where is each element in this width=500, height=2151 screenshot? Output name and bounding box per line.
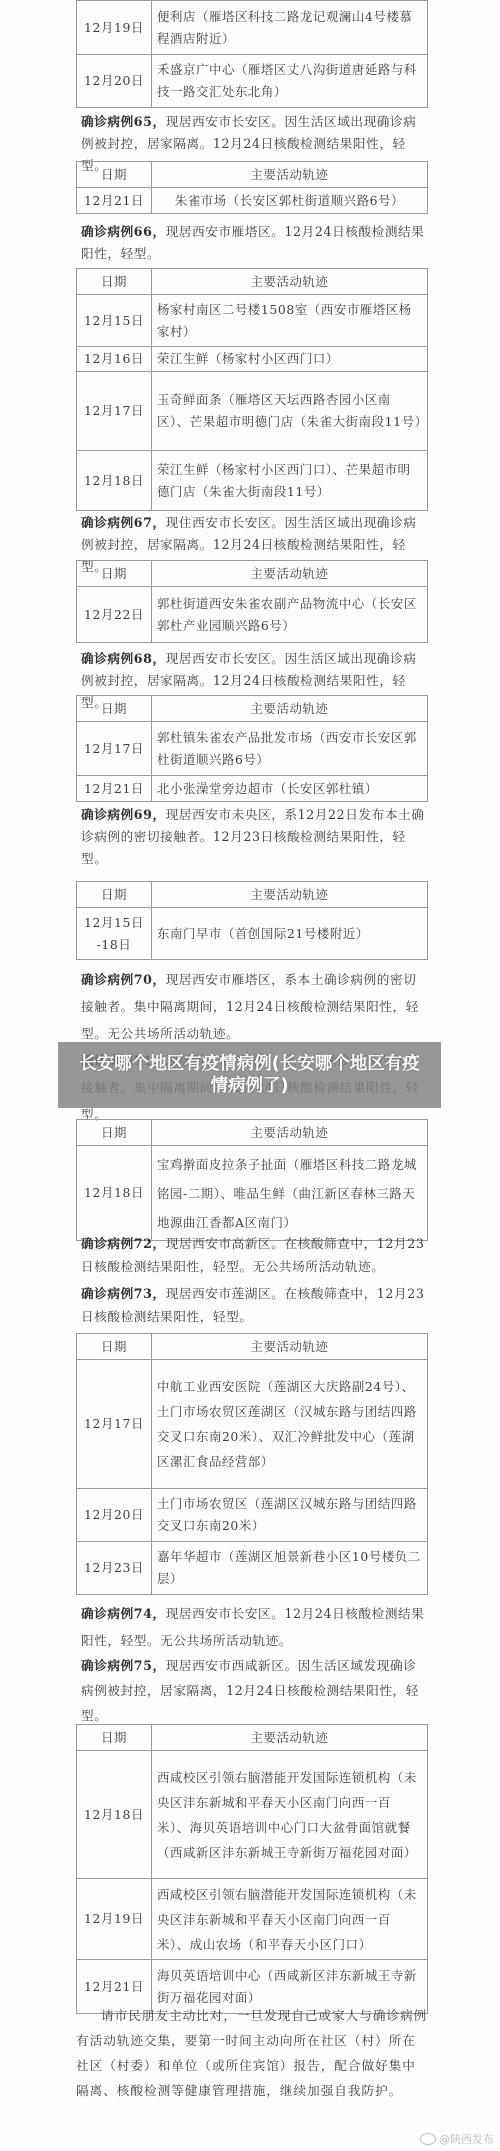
case-label: 确诊病例74，	[81, 1606, 166, 1621]
row-date: 12月17日	[77, 722, 152, 776]
activity-table-case-73: 日期 主要活动轨迹 12月17日 中航工业西安医院（莲湖区大庆路副24号）、土门…	[76, 1333, 428, 1595]
row-date: 12月18日	[77, 1751, 152, 1879]
table-row: 12月15日 -18日 东南门早市（首创国际21号楼附近）	[77, 908, 428, 960]
row-date: 12月22日	[77, 587, 152, 643]
row-activity: 北小张澡堂旁边超市（长安区郭杜镇）	[152, 776, 428, 802]
header-activity: 主要活动轨迹	[152, 696, 428, 722]
table-row: 12月16日 荣江生鲜（杨家村小区西门口）	[77, 347, 428, 372]
header-activity: 主要活动轨迹	[152, 1334, 428, 1360]
header-date: 日期	[77, 1725, 152, 1751]
activity-table-case-67: 日期 主要活动轨迹 12月22日 郭杜街道西安朱雀农副产品物流中心（长安区郭杜产…	[76, 560, 428, 643]
header-date: 日期	[77, 561, 152, 587]
weibo-icon	[420, 2133, 436, 2145]
row-activity: 朱雀市场（长安区郭杜街道顺兴路6号）	[152, 188, 428, 214]
case-label: 确诊病例70，	[81, 972, 166, 987]
header-activity: 主要活动轨迹	[152, 882, 428, 908]
table-row: 12月21日 朱雀市场（长安区郭杜街道顺兴路6号）	[77, 188, 428, 214]
case-74-description: 确诊病例74，现居西安市长安区。12月24日核酸检测结果阳性，轻型。无公共场所活…	[81, 1600, 426, 1654]
activity-table-case-65: 日期 主要活动轨迹 12月21日 朱雀市场（长安区郭杜街道顺兴路6号）	[76, 161, 428, 214]
case-69-description: 确诊病例69，现居西安市未央区，系12月22日发布本土确诊病例的密切接触者。12…	[81, 804, 426, 870]
row-activity: 荣江生鲜（杨家村小区西门口）、芒果超市明德门店（朱雀大街南段11号）	[152, 451, 428, 511]
table-row: 12月20日 禾盛京广中心（雁塔区丈八沟街道唐延路与科技一路交汇处东北角）	[77, 55, 428, 108]
row-date: 12月18日	[77, 451, 152, 511]
header-activity: 主要活动轨迹	[152, 1725, 428, 1751]
row-activity: 郭杜镇朱雀农产品批发市场（西安市长安区郭杜街道顺兴路6号）	[152, 722, 428, 776]
table-header: 日期 主要活动轨迹	[77, 162, 428, 188]
row-date: 12月21日	[77, 776, 152, 802]
case-75-description: 确诊病例75，现居西安市西咸新区。因生活区域发现确诊病例被封控，居家隔离，12月…	[81, 1653, 426, 1728]
table-header: 日期 主要活动轨迹	[77, 1725, 428, 1751]
case-66-description: 确诊病例66，现居西安市雁塔区。12月24日核酸检测结果阳性，轻型。	[81, 221, 426, 265]
source-watermark: @陕西发布	[420, 2131, 494, 2147]
case-label: 确诊病例73，	[81, 1286, 166, 1301]
activity-table-case-66: 日期 主要活动轨迹 12月15日 杨家村南区二号楼1508室（西安市雁塔区杨家村…	[76, 268, 428, 511]
activity-table-prev: 12月19日 便利店（雁塔区科技二路龙记观澜山4号楼慕程酒店附近） 12月20日…	[76, 0, 428, 108]
header-date: 日期	[77, 269, 152, 295]
activity-table-case-68: 日期 主要活动轨迹 12月17日 郭杜镇朱雀农产品批发市场（西安市长安区郭杜街道…	[76, 695, 428, 802]
row-activity: 西咸校区引领右脑潜能开发国际连锁机构（未央区沣东新城和平春天小区南门向西一百米）…	[152, 1879, 428, 1960]
table-header: 日期 主要活动轨迹	[77, 1334, 428, 1360]
case-70-description: 确诊病例70，现居西安市雁塔区，系本土确诊病例的密切接触者。集中隔离期间，12月…	[81, 966, 426, 1047]
row-date: 12月17日	[77, 1360, 152, 1489]
row-activity: 东南门早市（首创国际21号楼附近）	[152, 908, 428, 960]
row-date: 12月20日	[77, 55, 152, 108]
table-row: 12月17日 玉奇鲜面条（雁塔区天坛西路杏园小区南区）、芒果超市明德门店（朱雀大…	[77, 372, 428, 451]
row-date: 12月18日	[77, 1146, 152, 1241]
table-row: 12月17日 中航工业西安医院（莲湖区大庆路副24号）、土门市场农贸区莲湖区（汉…	[77, 1360, 428, 1489]
row-date: 12月20日	[77, 1489, 152, 1542]
title-overlay-banner: 长安哪个地区有疫情病例(长安哪个地区有疫情病例了)	[58, 1042, 441, 1108]
activity-table-case-75: 日期 主要活动轨迹 12月18日 西咸校区引领右脑潜能开发国际连锁机构（未央区沣…	[76, 1724, 428, 2014]
row-activity: 禾盛京广中心（雁塔区丈八沟街道唐延路与科技一路交汇处东北角）	[152, 55, 428, 108]
row-date: 12月15日 -18日	[77, 908, 152, 960]
header-activity: 主要活动轨迹	[152, 269, 428, 295]
case-label: 确诊病例69，	[81, 807, 166, 822]
case-label: 确诊病例67，	[81, 515, 166, 530]
row-activity: 便利店（雁塔区科技二路龙记观澜山4号楼慕程酒店附近）	[152, 1, 428, 55]
row-date: 12月19日	[77, 1, 152, 55]
row-activity: 郭杜街道西安朱雀农副产品物流中心（长安区郭杜产业园顺兴路6号）	[152, 587, 428, 643]
overlay-title: 长安哪个地区有疫情病例(长安哪个地区有疫情病例了)	[75, 1053, 425, 1097]
table-row: 12月18日 西咸校区引领右脑潜能开发国际连锁机构（未央区沣东新城和平春天小区南…	[77, 1751, 428, 1879]
table-header: 日期 主要活动轨迹	[77, 1120, 428, 1146]
row-date: 12月21日	[77, 188, 152, 214]
table-row: 12月15日 杨家村南区二号楼1508室（西安市雁塔区杨家村）	[77, 295, 428, 347]
table-header: 日期 主要活动轨迹	[77, 696, 428, 722]
activity-table-case-71: 日期 主要活动轨迹 12月18日 宝鸡擀面皮拉条子扯面（雁塔区科技二路龙城铭园-…	[76, 1119, 428, 1241]
row-activity: 土门市场农贸区（莲湖区汉城东路与团结四路交叉口东南20米）	[152, 1489, 428, 1542]
row-activity: 玉奇鲜面条（雁塔区天坛西路杏园小区南区）、芒果超市明德门店（朱雀大街南段11号）	[152, 372, 428, 451]
row-activity: 杨家村南区二号楼1508室（西安市雁塔区杨家村）	[152, 295, 428, 347]
header-activity: 主要活动轨迹	[152, 1120, 428, 1146]
watermark-text: @陕西发布	[439, 2131, 494, 2147]
table-row: 12月19日 便利店（雁塔区科技二路龙记观澜山4号楼慕程酒店附近）	[77, 1, 428, 55]
row-activity: 中航工业西安医院（莲湖区大庆路副24号）、土门市场农贸区莲湖区（汉城东路与团结四…	[152, 1360, 428, 1489]
case-label: 确诊病例65，	[81, 114, 166, 129]
header-date: 日期	[77, 162, 152, 188]
row-activity: 荣江生鲜（杨家村小区西门口）	[152, 347, 428, 372]
table-header: 日期 主要活动轨迹	[77, 882, 428, 908]
row-activity: 西咸校区引领右脑潜能开发国际连锁机构（未央区沣东新城和平春天小区南门向西一百米）…	[152, 1751, 428, 1879]
case-label: 确诊病例66，	[81, 224, 166, 239]
case-label: 确诊病例75，	[81, 1658, 166, 1673]
row-date: 12月16日	[77, 347, 152, 372]
header-activity: 主要活动轨迹	[152, 561, 428, 587]
row-date: 12月15日	[77, 295, 152, 347]
row-date: 12月17日	[77, 372, 152, 451]
case-73-description: 确诊病例73，现居西安市莲湖区。在核酸筛查中，12月23日核酸检测结果阳性，轻型…	[81, 1282, 426, 1328]
table-header: 日期 主要活动轨迹	[77, 561, 428, 587]
closing-notice: 请市民朋友主动比对，一旦发现自己或家人与确诊病例有活动轨迹交集，要第一时间主动向…	[76, 2003, 428, 2103]
table-row: 12月23日 嘉年华超市（莲湖区旭景新巷小区10号楼负二层）	[77, 1542, 428, 1595]
activity-table-case-69: 日期 主要活动轨迹 12月15日 -18日 东南门早市（首创国际21号楼附近）	[76, 881, 428, 960]
row-activity: 嘉年华超市（莲湖区旭景新巷小区10号楼负二层）	[152, 1542, 428, 1595]
table-row: 12月21日 北小张澡堂旁边超市（长安区郭杜镇）	[77, 776, 428, 802]
header-date: 日期	[77, 1120, 152, 1146]
table-row: 12月18日 荣江生鲜（杨家村小区西门口）、芒果超市明德门店（朱雀大街南段11号…	[77, 451, 428, 511]
case-72-description: 确诊病例72，现居西安市高新区。在核酸筛查中，12月23日核酸检测结果阳性，轻型…	[81, 1232, 426, 1278]
table-header: 日期 主要活动轨迹	[77, 269, 428, 295]
table-row: 12月17日 郭杜镇朱雀农产品批发市场（西安市长安区郭杜街道顺兴路6号）	[77, 722, 428, 776]
header-date: 日期	[77, 1334, 152, 1360]
row-date: 12月19日	[77, 1879, 152, 1960]
table-row: 12月22日 郭杜街道西安朱雀农副产品物流中心（长安区郭杜产业园顺兴路6号）	[77, 587, 428, 643]
header-date: 日期	[77, 882, 152, 908]
header-date: 日期	[77, 696, 152, 722]
row-date: 12月23日	[77, 1542, 152, 1595]
table-row: 12月20日 土门市场农贸区（莲湖区汉城东路与团结四路交叉口东南20米）	[77, 1489, 428, 1542]
table-row: 12月19日 西咸校区引领右脑潜能开发国际连锁机构（未央区沣东新城和平春天小区南…	[77, 1879, 428, 1960]
row-activity: 宝鸡擀面皮拉条子扯面（雁塔区科技二路龙城铭园-二期）、唯品生鲜（曲江新区春林三路…	[152, 1146, 428, 1241]
case-label: 确诊病例68，	[81, 651, 166, 666]
header-activity: 主要活动轨迹	[152, 162, 428, 188]
case-label: 确诊病例72，	[81, 1236, 166, 1251]
table-row: 12月18日 宝鸡擀面皮拉条子扯面（雁塔区科技二路龙城铭园-二期）、唯品生鲜（曲…	[77, 1146, 428, 1241]
